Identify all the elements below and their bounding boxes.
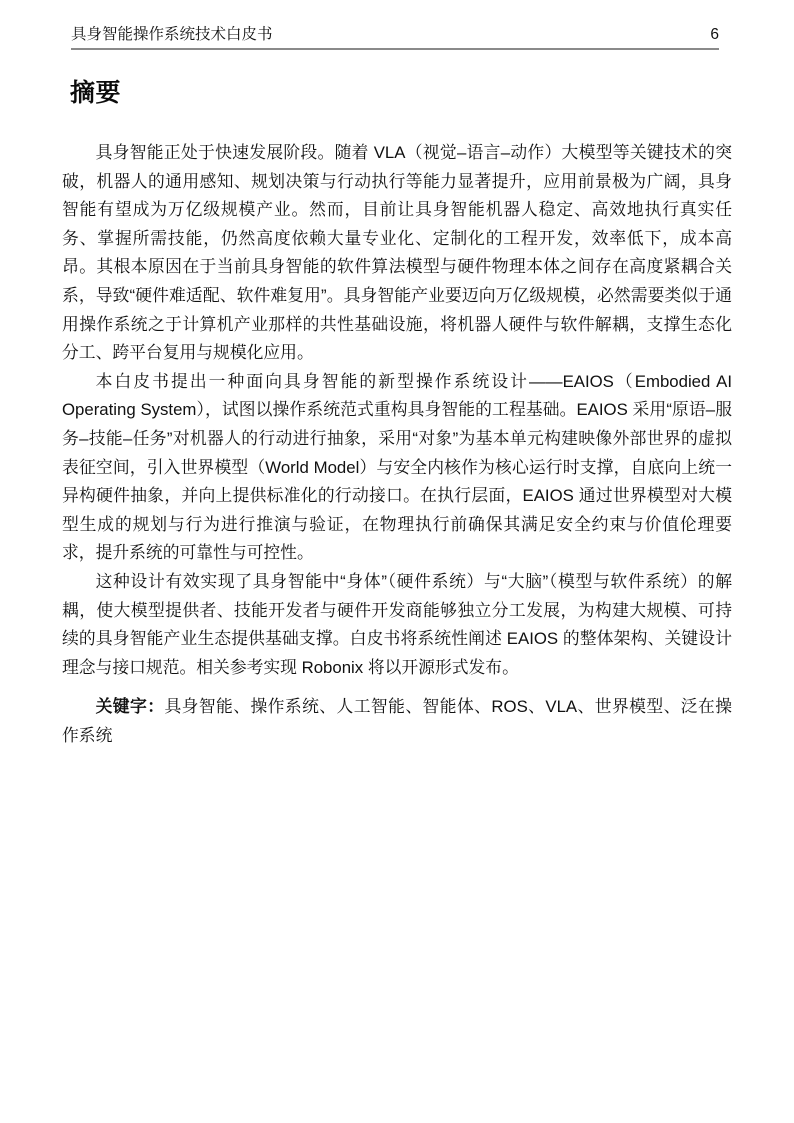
abstract-paragraph-1: 具身智能正处于快速发展阶段。随着 VLA（视觉–语言–动作）大模型等关键技术的突… <box>62 139 732 368</box>
header-page-number: 6 <box>710 26 719 44</box>
header-rule <box>71 48 719 50</box>
document-page: 具身智能操作系统技术白皮书 6 摘要 具身智能正处于快速发展阶段。随着 VLA（… <box>0 0 794 1123</box>
abstract-paragraph-2: 本白皮书提出一种面向具身智能的新型操作系统设计——EAIOS（Embodied … <box>62 368 732 568</box>
header-title: 具身智能操作系统技术白皮书 <box>71 26 273 44</box>
abstract-heading: 摘要 <box>70 77 121 109</box>
abstract-paragraph-3: 这种设计有效实现了具身智能中“身体”（硬件系统）与“大脑”（模型与软件系统）的解… <box>62 568 732 682</box>
abstract-body: 具身智能正处于快速发展阶段。随着 VLA（视觉–语言–动作）大模型等关键技术的突… <box>62 139 732 750</box>
page-header: 具身智能操作系统技术白皮书 6 <box>71 26 719 44</box>
keywords-line: 关键字：具身智能、操作系统、人工智能、智能体、ROS、VLA、世界模型、泛在操作… <box>62 693 732 750</box>
keywords-label: 关键字： <box>96 697 165 716</box>
